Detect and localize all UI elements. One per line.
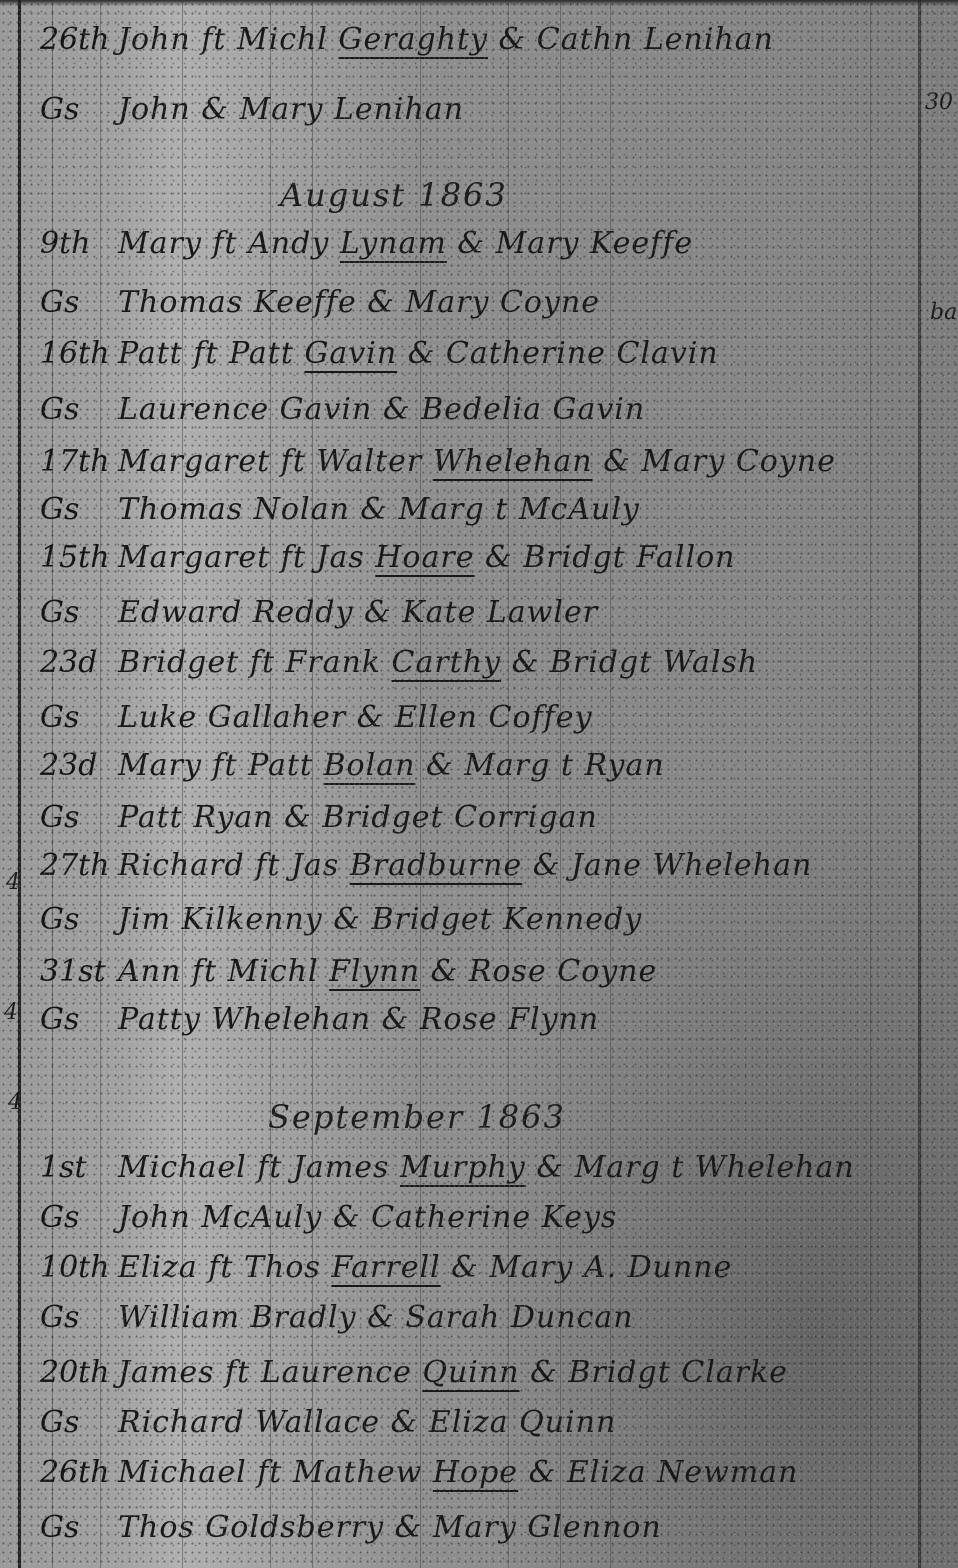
underlined-surname: Flynn <box>329 954 420 989</box>
register-entry: 10thEliza ft Thos Farrell & Mary A. Dunn… <box>0 1250 920 1298</box>
underlined-surname: Murphy <box>400 1150 526 1185</box>
entry-text: Michael ft Mathew Hope & Eliza Newman <box>118 1455 798 1490</box>
underlined-surname: Quinn <box>422 1355 519 1390</box>
entry-text: Thomas Keeffe & Mary Coyne <box>118 285 600 320</box>
entry-text: Richard ft Jas Bradburne & Jane Whelehan <box>118 848 812 883</box>
register-entry: GsThomas Nolan & Marg t McAuly <box>0 492 920 540</box>
entry-date: 27th <box>40 848 130 883</box>
register-entry: 23dBridget ft Frank Carthy & Bridgt Wals… <box>0 645 920 693</box>
entry-text: William Bradly & Sarah Duncan <box>118 1300 634 1335</box>
entry-text: Patt ft Patt Gavin & Catherine Clavin <box>118 336 719 371</box>
register-entry: 1stMichael ft James Murphy & Marg t Whel… <box>0 1150 920 1198</box>
entry-date: Gs <box>40 902 130 937</box>
margin-note: 4 <box>4 1000 18 1025</box>
entry-date: Gs <box>40 595 130 630</box>
entry-date: Gs <box>40 392 130 427</box>
register-entry: 16thPatt ft Patt Gavin & Catherine Clavi… <box>0 336 920 384</box>
entry-date: 9th <box>40 226 130 261</box>
entry-date: 16th <box>40 336 130 371</box>
entry-date: Gs <box>40 1200 130 1235</box>
entry-date: Gs <box>40 285 130 320</box>
register-entry: GsJohn McAuly & Catherine Keys <box>0 1200 920 1248</box>
register-entry: GsEdward Reddy & Kate Lawler <box>0 595 920 643</box>
register-entry: 26thJohn ft Michl Geraghty & Cathn Lenih… <box>0 22 920 70</box>
margin-note: 30 <box>925 90 953 115</box>
entry-text: Ann ft Michl Flynn & Rose Coyne <box>118 954 657 989</box>
entry-text: Patt Ryan & Bridget Corrigan <box>118 800 598 835</box>
entry-date: 26th <box>40 22 130 57</box>
entry-date: Gs <box>40 1002 130 1037</box>
entry-date: Gs <box>40 700 130 735</box>
entry-text: Thomas Nolan & Marg t McAuly <box>118 492 640 527</box>
entry-text: Michael ft James Murphy & Marg t Wheleha… <box>118 1150 855 1185</box>
entry-date: 31st <box>40 954 130 989</box>
entry-date: Gs <box>40 1510 130 1545</box>
register-page: August 1863September 186326thJohn ft Mic… <box>0 0 958 1568</box>
entry-date: 17th <box>40 444 130 479</box>
underlined-surname: Farrell <box>331 1250 440 1285</box>
margin-note: ba <box>930 300 957 325</box>
register-entry: 17thMargaret ft Walter Whelehan & Mary C… <box>0 444 920 492</box>
entry-text: Bridget ft Frank Carthy & Bridgt Walsh <box>118 645 758 680</box>
entry-text: Luke Gallaher & Ellen Coffey <box>118 700 592 735</box>
entry-text: Edward Reddy & Kate Lawler <box>118 595 598 630</box>
entry-date: 1st <box>40 1150 130 1185</box>
register-entry: GsThos Goldsberry & Mary Glennon <box>0 1510 920 1558</box>
margin-note: 4 <box>8 1090 22 1115</box>
entry-text: Jim Kilkenny & Bridget Kennedy <box>118 902 642 937</box>
underlined-surname: Bolan <box>324 748 416 783</box>
margin-note: 4 <box>6 870 20 895</box>
entry-date: Gs <box>40 492 130 527</box>
entry-text: Laurence Gavin & Bedelia Gavin <box>118 392 645 427</box>
entry-text: Thos Goldsberry & Mary Glennon <box>118 1510 662 1545</box>
register-entry: 26thMichael ft Mathew Hope & Eliza Newma… <box>0 1455 920 1503</box>
month-heading: August 1863 <box>280 176 508 214</box>
register-entry: 27thRichard ft Jas Bradburne & Jane Whel… <box>0 848 920 896</box>
entry-text: Margaret ft Jas Hoare & Bridgt Fallon <box>118 540 735 575</box>
entry-date: 15th <box>40 540 130 575</box>
month-heading: September 1863 <box>268 1098 566 1136</box>
underlined-surname: Geraghty <box>339 22 488 57</box>
entry-text: Mary ft Andy Lynam & Mary Keeffe <box>118 226 693 261</box>
underlined-surname: Hope <box>433 1455 518 1490</box>
register-entry: GsJim Kilkenny & Bridget Kennedy <box>0 902 920 950</box>
register-entry: GsLaurence Gavin & Bedelia Gavin <box>0 392 920 440</box>
underlined-surname: Lynam <box>340 226 447 261</box>
entry-text: Eliza ft Thos Farrell & Mary A. Dunne <box>118 1250 732 1285</box>
entry-text: Patty Whelehan & Rose Flynn <box>118 1002 599 1037</box>
register-entry: GsWilliam Bradly & Sarah Duncan <box>0 1300 920 1348</box>
register-entry: GsRichard Wallace & Eliza Quinn <box>0 1405 920 1453</box>
entry-date: 10th <box>40 1250 130 1285</box>
entry-text: John & Mary Lenihan <box>118 92 464 127</box>
entry-text: Richard Wallace & Eliza Quinn <box>118 1405 616 1440</box>
entry-text: John ft Michl Geraghty & Cathn Lenihan <box>118 22 774 57</box>
underlined-surname: Hoare <box>375 540 474 575</box>
register-entry: GsJohn & Mary Lenihan <box>0 92 920 140</box>
register-entry: GsThomas Keeffe & Mary Coyne <box>0 285 920 333</box>
entry-date: 23d <box>40 645 130 680</box>
register-entry: 20thJames ft Laurence Quinn & Bridgt Cla… <box>0 1355 920 1403</box>
underlined-surname: Whelehan <box>433 444 593 479</box>
entry-date: 20th <box>40 1355 130 1390</box>
entry-date: Gs <box>40 1405 130 1440</box>
register-entry: GsPatty Whelehan & Rose Flynn <box>0 1002 920 1050</box>
entry-date: 23d <box>40 748 130 783</box>
underlined-surname: Bradburne <box>350 848 522 883</box>
register-entry: 9thMary ft Andy Lynam & Mary Keeffe <box>0 226 920 274</box>
entry-text: James ft Laurence Quinn & Bridgt Clarke <box>118 1355 788 1390</box>
underlined-surname: Carthy <box>392 645 502 680</box>
underlined-surname: Gavin <box>304 336 397 371</box>
register-entries: August 1863September 186326thJohn ft Mic… <box>0 0 958 1568</box>
register-entry: GsPatt Ryan & Bridget Corrigan <box>0 800 920 848</box>
entry-text: John McAuly & Catherine Keys <box>118 1200 617 1235</box>
entry-date: Gs <box>40 800 130 835</box>
entry-text: Mary ft Patt Bolan & Marg t Ryan <box>118 748 665 783</box>
entry-date: Gs <box>40 1300 130 1335</box>
register-entry: 23dMary ft Patt Bolan & Marg t Ryan <box>0 748 920 796</box>
entry-date: Gs <box>40 92 130 127</box>
register-entry: 15thMargaret ft Jas Hoare & Bridgt Fallo… <box>0 540 920 588</box>
register-entry: 31stAnn ft Michl Flynn & Rose Coyne <box>0 954 920 1002</box>
register-entry: GsLuke Gallaher & Ellen Coffey <box>0 700 920 748</box>
entry-date: 26th <box>40 1455 130 1490</box>
entry-text: Margaret ft Walter Whelehan & Mary Coyne <box>118 444 836 479</box>
